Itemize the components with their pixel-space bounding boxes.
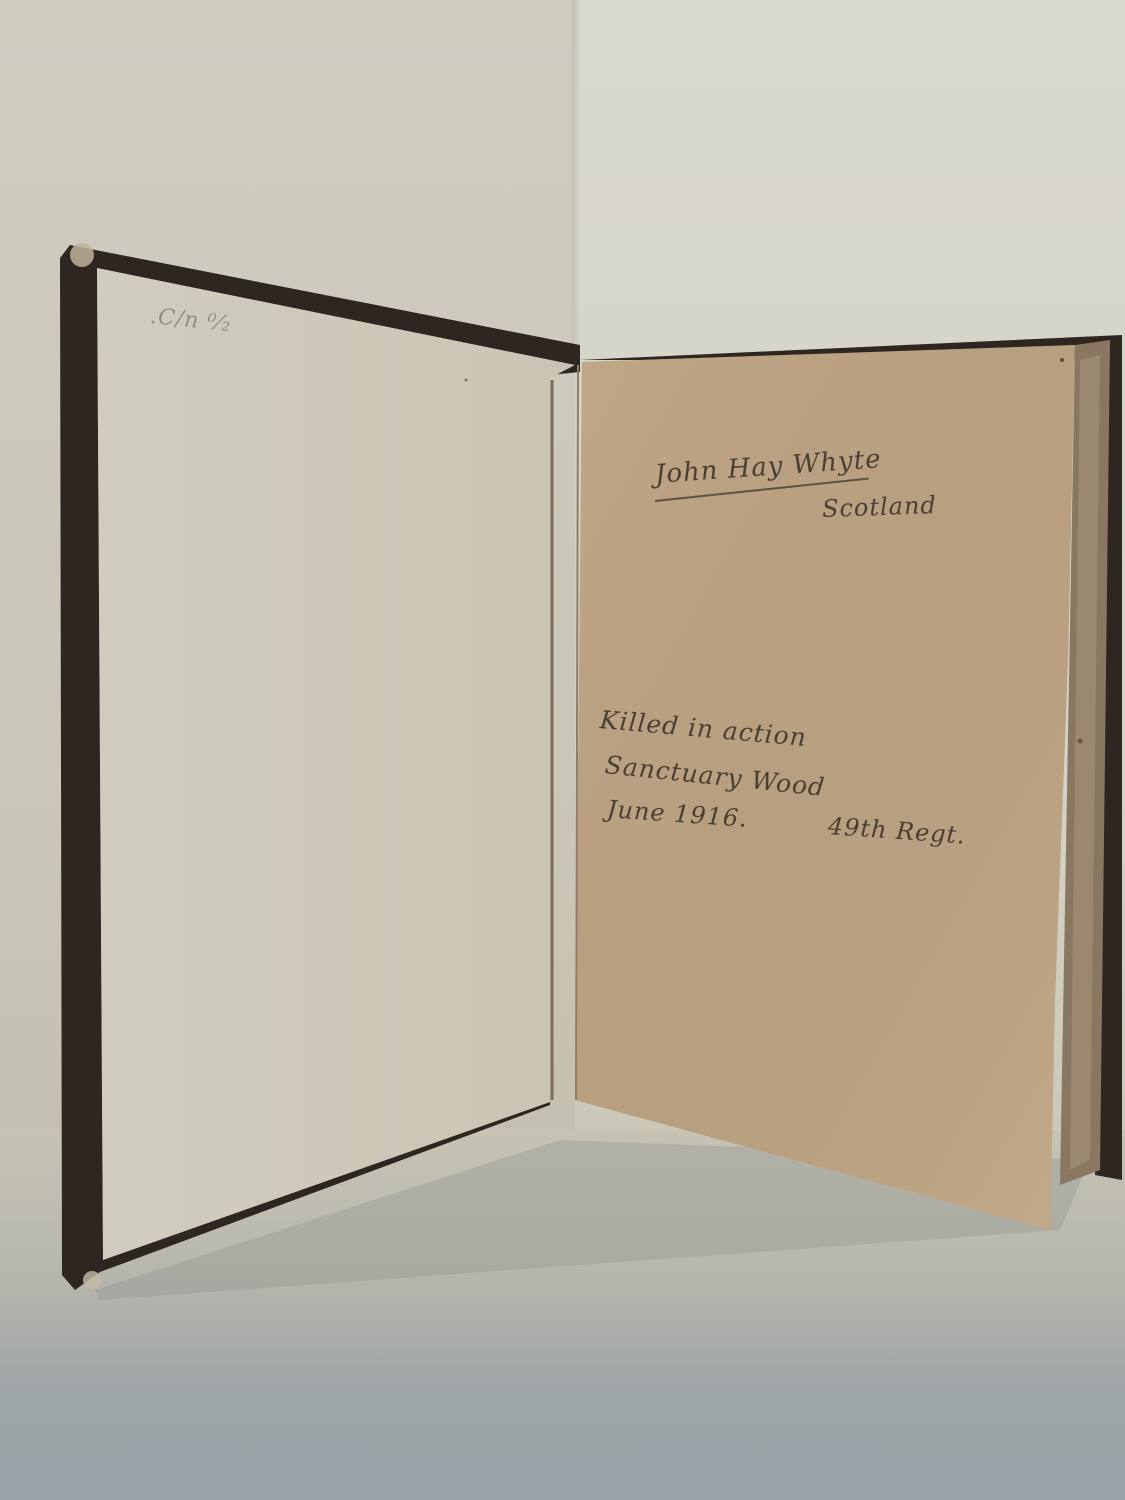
open-book [0, 0, 1125, 1500]
inscription-place: Scotland [822, 491, 938, 523]
